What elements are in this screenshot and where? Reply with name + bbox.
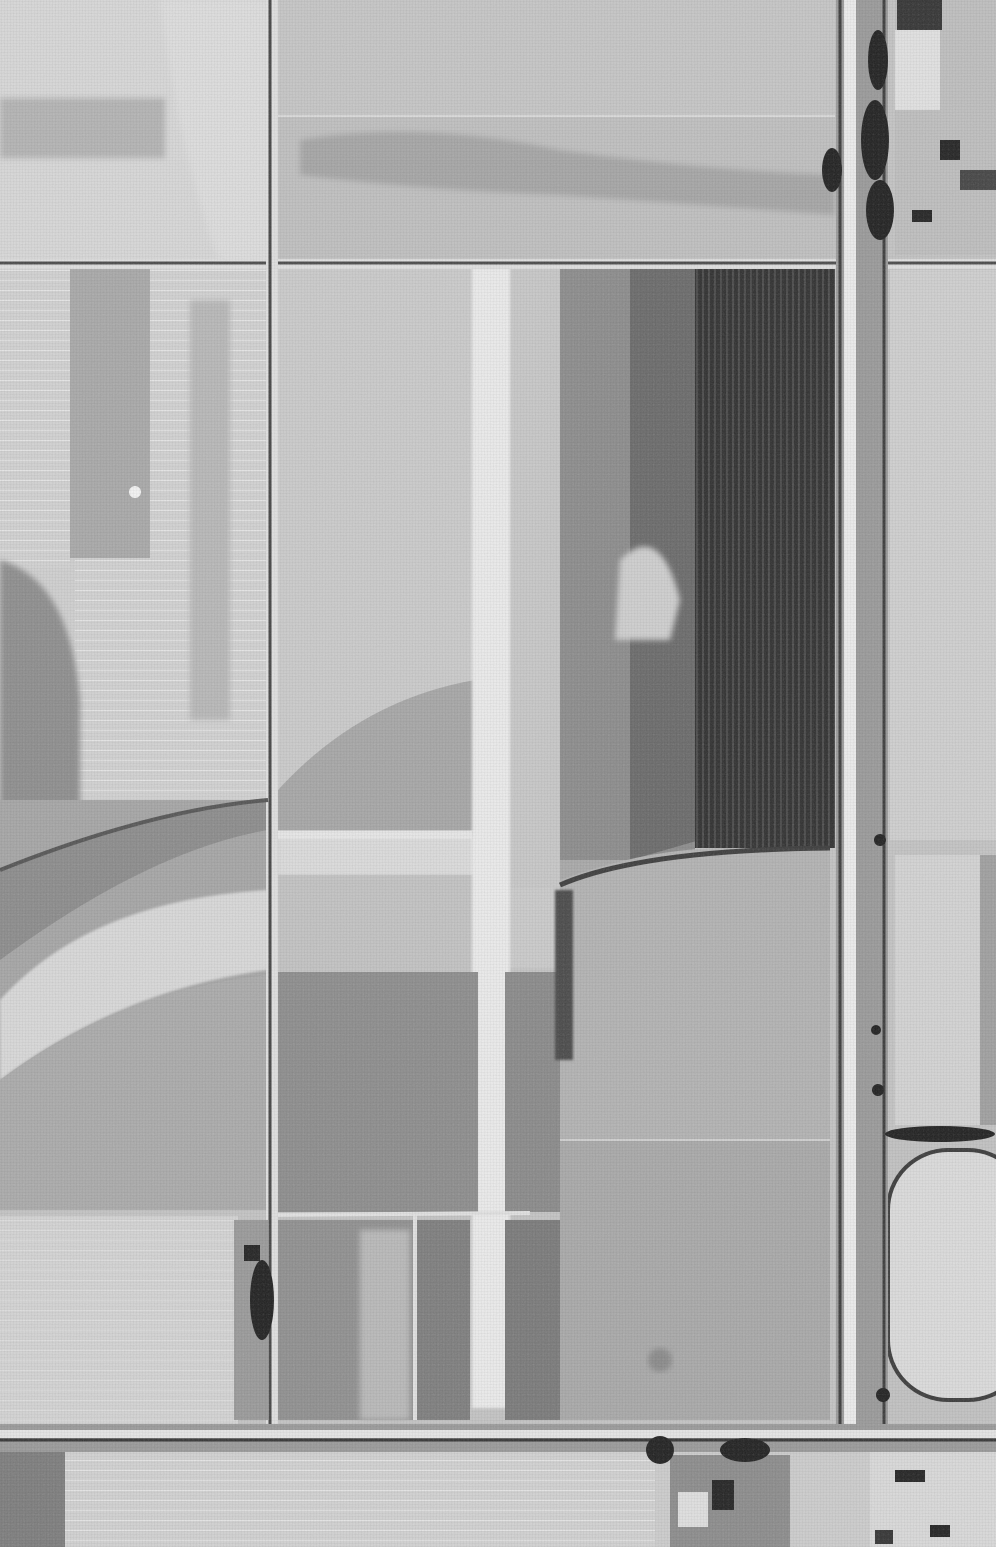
aerial-photo bbox=[0, 0, 996, 1547]
film-grain bbox=[0, 0, 996, 1547]
aerial-photo-drawing bbox=[0, 0, 996, 1547]
